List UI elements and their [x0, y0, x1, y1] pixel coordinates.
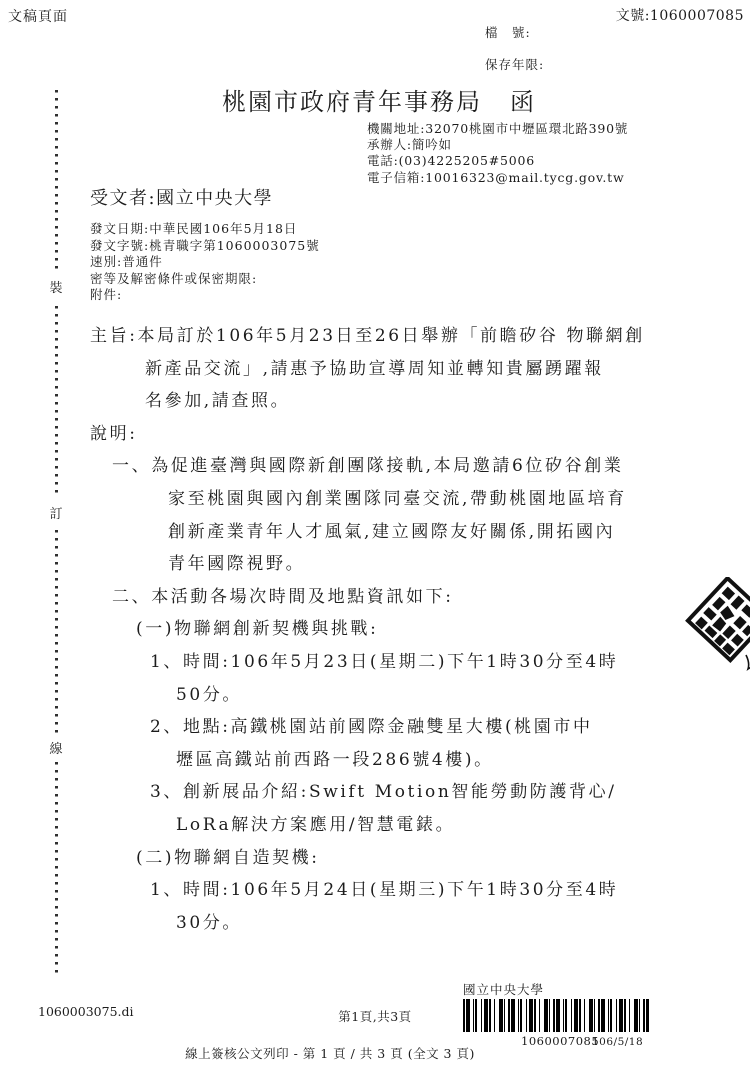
footer-print-line: 線上簽核公文列印 - 第 1 頁 / 共 3 頁 (全文 3 頁)	[0, 1044, 660, 1062]
meta-line: 發文字號:桃青職字第1060003075號	[90, 238, 320, 255]
body-line: 新產品交流」,請惠予協助宣導周知並轉知貴屬踴躍報	[0, 353, 705, 386]
retention-period-label: 保存年限:	[485, 55, 544, 73]
body-line: 二、本活動各場次時間及地點資訊如下:	[0, 581, 705, 614]
body-line: (二)物聯網自造契機:	[0, 842, 705, 875]
contact-line: 電話:(03)4225205#5006	[367, 153, 628, 169]
agency-name: 桃園市政府青年事務局	[222, 88, 482, 116]
barcode-owner-label: 國立中央大學	[463, 980, 544, 998]
contact-line: 承辦人:簡吟如	[367, 137, 628, 153]
meta-line: 發文日期:中華民國106年5月18日	[90, 221, 320, 238]
receipt-stamp-icon	[684, 577, 750, 677]
binding-dotted-line	[55, 90, 58, 974]
body-line: 主旨:本局訂於106年5月23日至26日舉辦「前瞻矽谷 物聯網創	[0, 320, 705, 353]
contact-line: 機關地址:32070桃園市中壢區環北路390號	[367, 121, 628, 137]
body-line: 青年國際視野。	[0, 548, 705, 581]
contact-line: 電子信箱:10016323@mail.tycg.gov.tw	[367, 170, 628, 186]
body-line: 一、為促進臺灣與國際新創團隊接軌,本局邀請6位矽谷創業	[0, 450, 705, 483]
agency-title: 桃園市政府青年事務局函	[0, 82, 750, 117]
file-number-label: 檔 號:	[485, 23, 531, 41]
body-line: 50分。	[0, 679, 705, 712]
body-line: LoRa解決方案應用/智慧電錶。	[0, 809, 705, 842]
meta-line: 速別:普通件	[90, 254, 320, 271]
body-line: 家至桃園與國內創業團隊同臺交流,帶動桃園地區培育	[0, 483, 705, 516]
letter-body: 主旨:本局訂於106年5月23日至26日舉辦「前瞻矽谷 物聯網創新產品交流」,請…	[0, 320, 705, 939]
letter-type: 函	[510, 88, 536, 116]
body-line: 壢區高鐵站前西路一段286號4樓)。	[0, 744, 705, 777]
body-line: 說明:	[0, 418, 705, 451]
agency-contact-block: 機關地址:32070桃園市中壢區環北路390號承辦人:簡吟如電話:(03)422…	[367, 121, 628, 186]
draft-page-label: 文稿頁面	[8, 6, 68, 26]
body-line: 名參加,請查照。	[0, 385, 705, 418]
binding-mark-ding: 訂	[45, 498, 67, 527]
body-line: (一)物聯網創新契機與挑戰:	[0, 613, 705, 646]
binding-mark-xian: 線	[45, 733, 67, 762]
body-line: 1、時間:106年5月24日(星期三)下午1時30分至4時	[0, 874, 705, 907]
meta-line: 附件:	[90, 287, 320, 304]
body-line: 30分。	[0, 907, 705, 940]
document-number: 文號:1060007085	[616, 5, 744, 25]
footer-page-indicator: 第1頁,共3頁	[0, 1007, 750, 1025]
body-line: 1、時間:106年5月23日(星期二)下午1時30分至4時	[0, 646, 705, 679]
body-line: 3、創新展品介紹:Swift Motion智能勞動防護背心/	[0, 776, 705, 809]
document-meta-block: 發文日期:中華民國106年5月18日發文字號:桃青職字第1060003075號速…	[90, 221, 320, 304]
recipient-line: 受文者:國立中央大學	[90, 184, 273, 210]
official-letter-page: 文稿頁面 文號:1060007085 檔 號: 保存年限: 桃園市政府青年事務局…	[0, 0, 750, 1065]
body-line: 創新產業青年人才風氣,建立國際友好關係,開拓國內	[0, 516, 705, 549]
binding-mark-zhuang: 裝	[45, 272, 67, 301]
meta-line: 密等及解密條件或保密期限:	[90, 271, 320, 288]
body-line: 2、地點:高鐵桃園站前國際金融雙星大樓(桃園市中	[0, 711, 705, 744]
